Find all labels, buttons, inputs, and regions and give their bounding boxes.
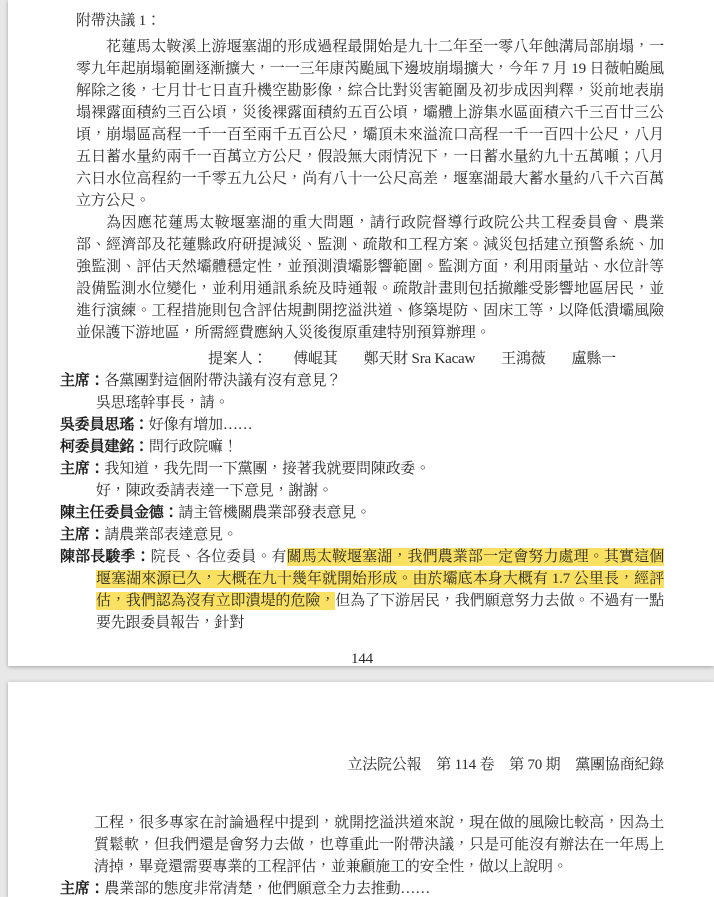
proposer-name: 盧縣一: [572, 348, 616, 370]
transcript-dialogue: 主席：農業部的態度非常清楚，他們願意全力去推動……: [60, 878, 664, 897]
running-header: 立法院公報 第 114 卷 第 70 期 黨團協商紀錄: [60, 754, 664, 776]
dialogue-continuation: 吳思瑤幹事長，請。: [60, 392, 664, 414]
dialogue-text: 請主管機關農業部發表意見。: [178, 505, 370, 521]
dialogue-entry: 柯委員建銘：問行政院嘛！: [60, 436, 664, 458]
dialogue-entry: 主席：我知道，我先問一下黨團，接著我就要問陳政委。: [60, 458, 664, 480]
resolution-title: 附帶決議 1：: [76, 10, 664, 32]
dialogue-entry: 主席：農業部的態度非常清楚，他們願意全力去推動……: [60, 878, 664, 897]
speaker-name: 主席：: [60, 461, 104, 477]
resolution-paragraph-2: 為因應花蓮馬太鞍堰塞湖的重大問題，請行政院督導行政院公共工程委員會、農業部、經濟…: [76, 212, 664, 344]
dialogue-text: 好像有增加……: [149, 417, 253, 433]
speaker-name: 柯委員建銘：: [60, 439, 149, 455]
dialogue-entry: 陳主任委員金德：請主管機關農業部發表意見。: [60, 502, 664, 524]
dialogue-entry: 主席：各黨團對這個附帶決議有沒有意見？: [60, 370, 664, 392]
proposers-line: 提案人： 傅崐萁 鄭天財 Sra Kacaw 王鴻薇 盧縣一: [208, 348, 664, 370]
dialogue-continuation: 好，陳政委請表達一下意見，謝謝。: [60, 480, 664, 502]
speech-continuation: 工程，很多專家在討論過程中提到，就開挖溢洪道來說，現在做的風險比較高，因為土質鬆…: [60, 812, 664, 878]
dialogue-text: 我知道，我先問一下黨團，接著我就要問陳政委。: [104, 461, 430, 477]
speaker-name: 吳委員思瑤：: [60, 417, 149, 433]
dialogue-text: 請農業部表達意見。: [104, 527, 237, 543]
document-page-2: 立法院公報 第 114 卷 第 70 期 黨團協商紀錄 工程，很多專家在討論過程…: [8, 682, 714, 897]
resolution-paragraph-1: 花蓮馬太鞍溪上游堰塞湖的形成過程最開始是九十二年至一零八年蝕溝局部崩塌，一零九年…: [76, 36, 664, 212]
dialogue-entry-minister: 陳部長駿季：院長、各位委員。有關馬太鞍堰塞湖，我們農業部一定會努力處理。其實這個…: [60, 546, 664, 634]
proposer-name: 鄭天財 Sra Kacaw: [364, 348, 476, 370]
dialogue-text: 院長、各位委員。有: [151, 549, 287, 565]
proposer-name: 傅崐萁: [293, 348, 337, 370]
dialogue-entry: 吳委員思瑤：好像有增加……: [60, 414, 664, 436]
document-page-1: 附帶決議 1： 花蓮馬太鞍溪上游堰塞湖的形成過程最開始是九十二年至一零八年蝕溝局…: [8, 0, 714, 666]
speaker-name: 陳主任委員金德：: [60, 505, 178, 521]
pdf-viewer: 附帶決議 1： 花蓮馬太鞍溪上游堰塞湖的形成過程最開始是九十二年至一零八年蝕溝局…: [0, 0, 714, 897]
dialogue-text: 問行政院嘛！: [149, 439, 238, 455]
page-gap: [0, 666, 714, 682]
speaker-name: 陳部長駿季：: [60, 549, 151, 565]
dialogue-text: 各黨團對這個附帶決議有沒有意見？: [104, 373, 341, 389]
page-number: 144: [60, 648, 664, 666]
proposers-label: 提案人：: [208, 348, 267, 370]
speaker-name: 主席：: [60, 373, 104, 389]
dialogue-entry: 主席：請農業部表達意見。: [60, 524, 664, 546]
speaker-name: 主席：: [60, 881, 104, 897]
proposer-name: 王鴻薇: [501, 348, 545, 370]
speaker-name: 主席：: [60, 527, 104, 543]
dialogue-text: 農業部的態度非常清楚，他們願意全力去推動……: [104, 881, 430, 897]
transcript-dialogue: 主席：各黨團對這個附帶決議有沒有意見？ 吳思瑤幹事長，請。 吳委員思瑤：好像有增…: [60, 370, 664, 634]
